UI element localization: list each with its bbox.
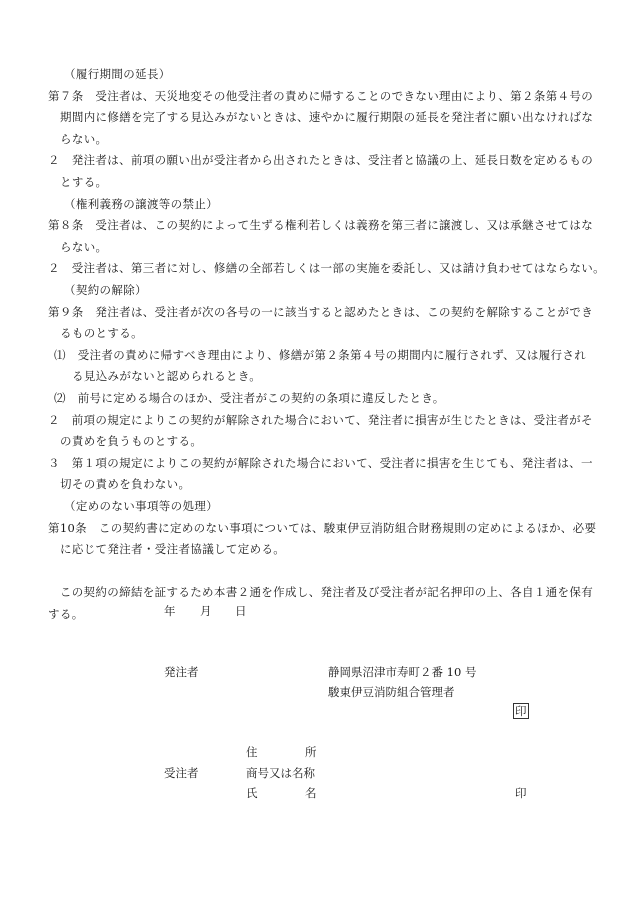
body-line: ２ 前項の規定によりこの契約が解除された場合において、発注者に損害が生じたときは… [48,412,593,428]
article-heading: （権利義務の譲渡等の禁止） [64,196,218,212]
article-text: 第８条 受注者は、この契約によって生ずる権利若しくは義務を第三者に譲渡し、又は承… [48,217,593,233]
body-line: この契約の締結を証するため本書２通を作成し、発注者及び受注者が記名押印の上、各自… [48,584,593,600]
body-line: ３ 第１項の規定によりこの契約が解除された場合において、受注者に損害を生じても、… [48,455,593,471]
body-line: 期間内に修繕を完了する見込みがないときは、速やかに履行期限の延長を発注者に願い出… [60,109,593,125]
contractor-address-label-2: 所 [305,744,317,760]
contract-page: （履行期間の延長）第７条 受注者は、天災地変その他受注者の責めに帰することのでき… [0,0,630,903]
contractor-name-label-1: 氏 [246,785,258,801]
body-line: する。 [48,606,84,622]
orderer-address: 静岡県沼津市寿町２番 10 号 [328,664,476,680]
article-heading: （履行期間の延長） [64,66,171,82]
body-line: ２ 受注者は、第三者に対し、修繕の全部若しくは一部の実施を委託し、又は請け負わせ… [48,260,605,276]
date-year-label: 年 [164,603,176,619]
contractor-address-label-1: 住 [246,744,258,760]
orderer-name: 駿東伊豆消防組合管理者 [328,684,455,700]
date-month-label: 月 [200,603,212,619]
body-line: とする。 [60,174,107,190]
contractor-name-label-2: 名 [305,785,317,801]
body-line: ⑴ 受注者の責めに帰すべき理由により、修繕が第２条第４号の期間内に履行されず、又… [54,347,586,363]
orderer-label: 発注者 [164,664,199,680]
body-line: る見込みがないと認められるとき。 [72,368,261,384]
date-day-label: 日 [235,603,247,619]
body-line: ⑵ 前号に定める場合のほか、受注者がこの契約の条項に違反したとき。 [54,390,445,406]
orderer-seal: 印 [513,703,529,719]
body-line: らない。 [60,131,107,147]
body-line: らない。 [60,239,107,255]
body-line: ２ 発注者は、前項の願い出が受注者から出されたときは、受注者と協議の上、延長日数… [48,152,593,168]
contractor-label: 受注者 [164,765,199,781]
article-heading: （定めのない事項等の処理） [64,498,218,514]
contractor-seal: 印 [515,785,527,801]
seal-icon: 印 [513,703,529,719]
body-line: の責めを負うものとする。 [60,433,202,449]
body-line: るものとする。 [60,325,143,341]
body-line: に応じて発注者・受注者協議して定める。 [60,541,285,557]
article-text: 第10条 この契約書に定めのない事項については、駿東伊豆消防組合財務規則の定めに… [48,520,596,536]
body-line: 切その責めを負わない。 [60,476,190,492]
article-heading: （契約の解除） [64,282,147,298]
article-text: 第９条 発注者は、受注者が次の各号の一に該当すると認めたときは、この契約を解除す… [48,304,593,320]
contractor-company-label: 商号又は名称 [246,765,315,781]
article-text: 第７条 受注者は、天災地変その他受注者の責めに帰することのできない理由により、第… [48,88,593,104]
